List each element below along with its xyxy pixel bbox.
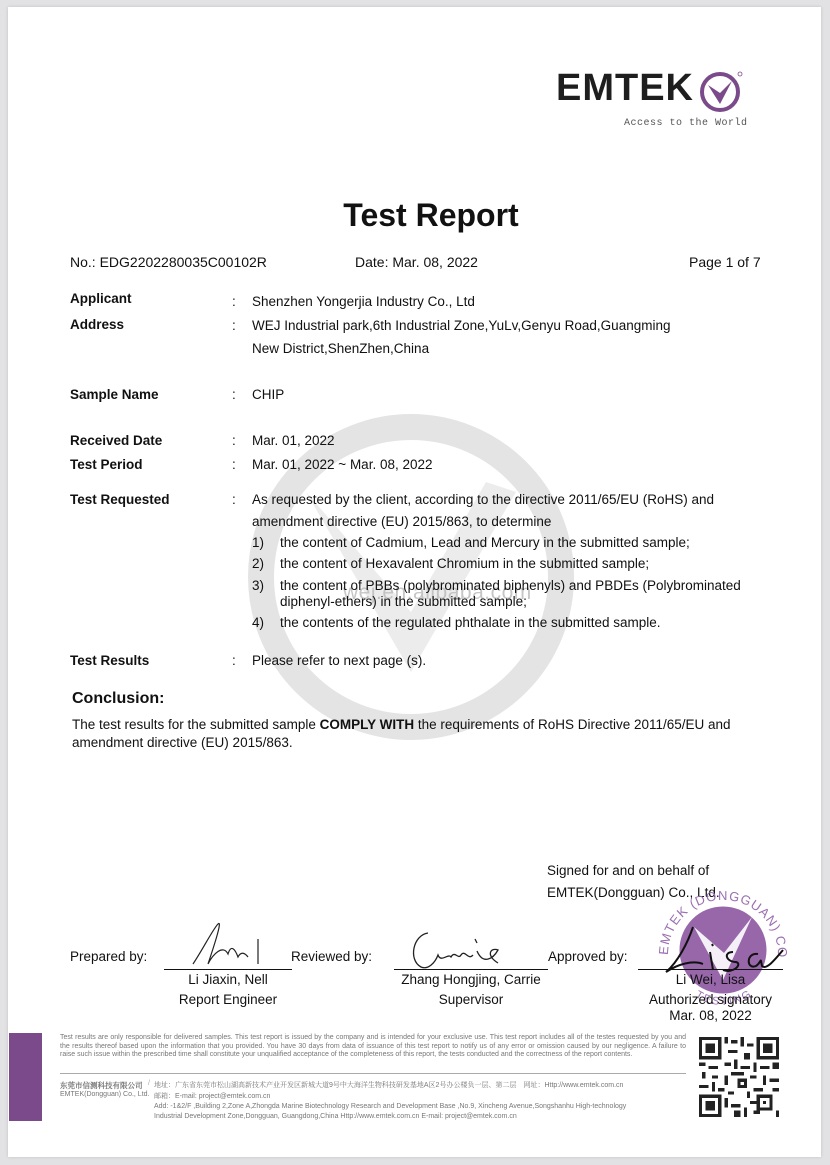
report-date: Date: Mar. 08, 2022 [355, 254, 478, 270]
list-item: the content of PBBs (polybrominated biph… [280, 578, 741, 593]
approved-by-name: Li Wei, Lisa [633, 972, 788, 987]
signature-line [394, 969, 548, 970]
qr-code-icon [699, 1037, 779, 1117]
footer-slash: / [148, 1080, 150, 1087]
list-item-continued: diphenyl-ethers) in the submitted sample… [280, 594, 527, 609]
signature-line [638, 969, 783, 970]
page-number: Page 1 of 7 [689, 254, 761, 270]
address-line-1: WEJ Industrial park,6th Industrial Zone,… [252, 318, 670, 333]
address-label: Address [70, 317, 124, 332]
test-period-label: Test Period [70, 457, 143, 472]
applicant-value: Shenzhen Yongerjia Industry Co., Ltd [252, 294, 475, 309]
prepared-by-role: Report Engineer [158, 992, 298, 1007]
test-requested-label: Test Requested [70, 492, 170, 507]
reviewed-by-name: Zhang Hongjing, Carrie [391, 972, 551, 987]
signature-carrie-icon [403, 925, 513, 973]
conclusion-verdict: COMPLY WITH [320, 717, 415, 732]
signature-nell-icon [183, 919, 273, 969]
footer-address-en-1: Add: -1&2/F ,Building 2,Zone A,Zhongda M… [154, 1103, 626, 1110]
conclusion-text-pre: The test results for the submitted sampl… [72, 717, 320, 732]
reviewed-by-role: Supervisor [391, 992, 551, 1007]
approved-by-role: Authorized signatory [633, 992, 788, 1007]
conclusion-heading: Conclusion: [72, 690, 164, 708]
approved-date: Mar. 08, 2022 [633, 1008, 788, 1023]
list-item-number: 1) [252, 535, 264, 550]
list-item-number: 3) [252, 578, 264, 593]
list-item: the contents of the regulated phthalate … [280, 615, 661, 630]
signature-line [164, 969, 292, 970]
list-item: the content of Cadmium, Lead and Mercury… [280, 535, 690, 550]
test-results-label: Test Results [70, 653, 149, 668]
reviewed-by-label: Reviewed by: [291, 949, 372, 964]
brand-logo: EMTEK [556, 67, 694, 110]
footer-address-cn: 地址：广东省东莞市松山湖高新技术产业开发区新城大道9号中大海洋生物科技研发基地A… [154, 1080, 623, 1090]
footer-divider [60, 1073, 686, 1074]
colon: : [232, 294, 236, 309]
colon: : [232, 433, 236, 448]
footer-disclaimer: Test results are only responsible for de… [60, 1034, 686, 1060]
colon: : [232, 653, 236, 668]
colon: : [232, 387, 236, 402]
page-title: Test Report [8, 197, 830, 234]
received-date-value: Mar. 01, 2022 [252, 433, 335, 448]
test-period-value: Mar. 01, 2022 ~ Mar. 08, 2022 [252, 457, 433, 472]
brand-color-bar [9, 1033, 42, 1121]
test-results-value: Please refer to next page (s). [252, 653, 426, 668]
footer-email-cn: 邮箱：E-mail: project@emtek.com.cn [154, 1091, 270, 1101]
report-number: No.: EDG2202280035C00102R [70, 254, 267, 270]
footer-company-cn: 东莞市信测科技有限公司 [60, 1080, 143, 1091]
sample-name-value: CHIP [252, 387, 284, 402]
colon: : [232, 457, 236, 472]
list-item-number: 4) [252, 615, 264, 630]
colon: : [232, 318, 236, 333]
approved-by-label: Approved by: [548, 949, 628, 964]
applicant-label: Applicant [70, 291, 132, 306]
colon: : [232, 492, 236, 507]
report-page: wej.en.alibaba.com EMTEK Access to the W… [8, 7, 821, 1157]
conclusion-text: The test results for the submitted sampl… [72, 716, 762, 752]
footer-address-en-2: Industrial Development Zone,Dongguan, Gu… [154, 1113, 517, 1120]
brand-tagline: Access to the World [624, 118, 748, 129]
received-date-label: Received Date [70, 433, 162, 448]
list-item-number: 2) [252, 556, 264, 571]
address-line-2: New District,ShenZhen,China [252, 341, 429, 356]
sample-name-label: Sample Name [70, 387, 159, 402]
prepared-by-name: Li Jiaxin, Nell [158, 972, 298, 987]
prepared-by-label: Prepared by: [70, 949, 147, 964]
list-item: the content of Hexavalent Chromium in th… [280, 556, 649, 571]
test-requested-intro-1: As requested by the client, according to… [252, 492, 714, 507]
emtek-check-logo-icon [698, 69, 744, 115]
footer-company-en: EMTEK(Dongguan) Co., Ltd. [60, 1091, 150, 1098]
test-requested-intro-2: amendment directive (EU) 2015/863, to de… [252, 514, 551, 529]
